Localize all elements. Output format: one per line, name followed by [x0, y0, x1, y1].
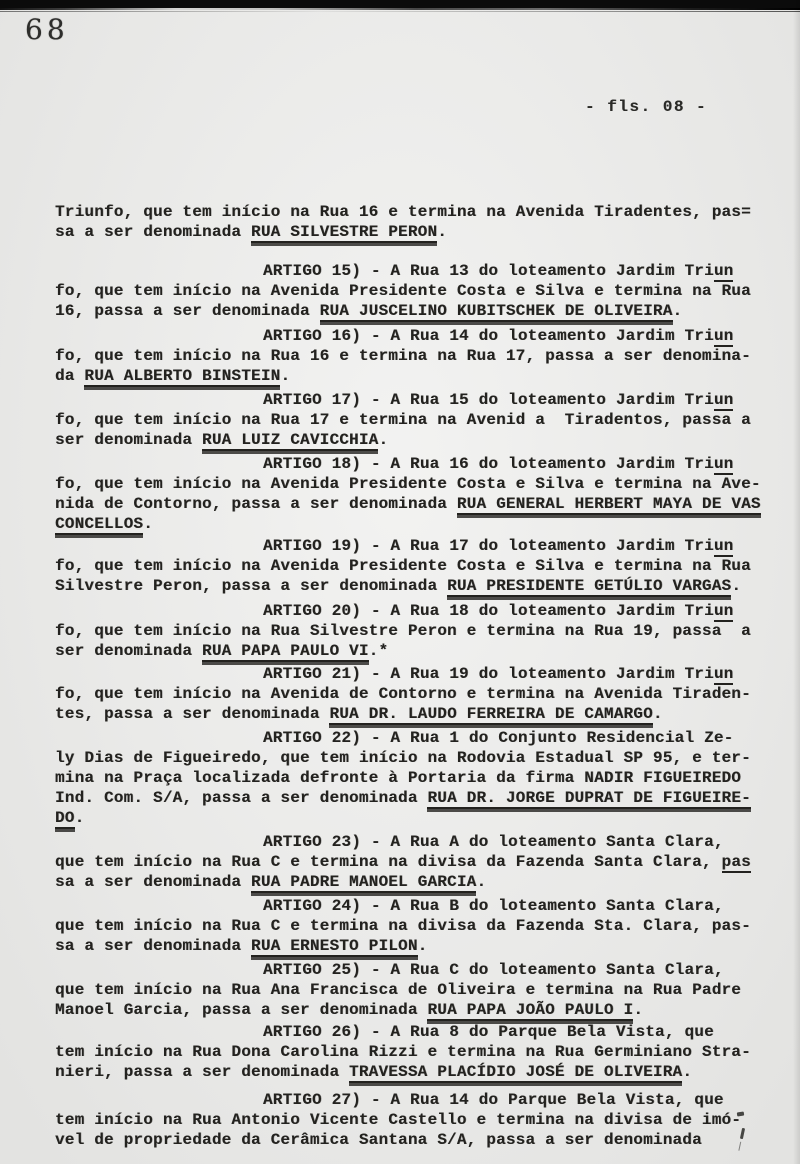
text-run: vel de propriedade da Cerâmica Santana S… — [55, 1131, 702, 1149]
text-run: tem início na Rua Dona Carolina Rizzi e … — [55, 1043, 751, 1061]
street-name-underlined: RUA PAPA JOÃO PAULO I — [427, 1001, 633, 1021]
text-run: mina na Praça localizada defronte à Port… — [55, 769, 741, 787]
paragraph: ARTIGO 17) - A Rua 15 do loteamento Jard… — [55, 391, 771, 451]
text-line: ARTIGO 27) - A Rua 14 do Parque Bela Vis… — [55, 1091, 771, 1111]
text-line: mina na Praça localizada defronte à Port… — [55, 769, 771, 789]
text-line: ARTIGO 17) - A Rua 15 do loteamento Jard… — [55, 391, 771, 411]
text-run: da — [55, 367, 84, 385]
text-run: nieri, passa a ser denominada — [55, 1063, 349, 1081]
text-line: fo, que tem início na Rua 16 e termina n… — [55, 347, 771, 367]
text-run: Ind. Com. S/A, passa a ser denominada — [55, 789, 427, 807]
paragraph: ARTIGO 25) - A Rua C do loteamento Santa… — [55, 961, 771, 1021]
scanned-document-page: 68 - fls. 08 - Triunfo, que tem início n… — [0, 0, 800, 1164]
text-run: . — [673, 302, 683, 320]
paragraph: Triunfo, que tem início na Rua 16 e term… — [55, 203, 771, 243]
paragraph: ARTIGO 26) - A Rua 8 do Parque Bela Vist… — [55, 1023, 771, 1083]
text-line: que tem início na Rua Ana Francisca de O… — [55, 981, 771, 1001]
text-line: ARTIGO 19) - A Rua 17 do loteamento Jard… — [55, 537, 771, 557]
paragraph: ARTIGO 21) - A Rua 19 do loteamento Jard… — [55, 665, 771, 725]
text-run: Manoel Garcia, passa a ser denominada — [55, 1001, 427, 1019]
text-run: que tem início na Rua Ana Francisca de O… — [55, 981, 741, 999]
text-run: . — [653, 705, 663, 723]
text-line: ARTIGO 21) - A Rua 19 do loteamento Jard… — [55, 665, 771, 685]
text-line: ARTIGO 20) - A Rua 18 do loteamento Jard… — [55, 602, 771, 622]
text-run: ARTIGO 25) - A Rua C do loteamento Santa… — [263, 961, 724, 979]
text-line: nida de Contorno, passa a ser denominada… — [55, 495, 771, 515]
text-line: Manoel Garcia, passa a ser denominada RU… — [55, 1001, 771, 1021]
text-line: fo, que tem início na Avenida Presidente… — [55, 557, 771, 577]
text-line: ARTIGO 18) - A Rua 16 do loteamento Jard… — [55, 455, 771, 475]
text-run: . — [418, 937, 428, 955]
text-run: que tem início na Rua C e termina na div… — [55, 917, 751, 935]
text-run: sa a ser denominada — [55, 873, 251, 891]
text-run: ARTIGO 19) - A Rua 17 do loteamento Jard… — [263, 537, 714, 555]
text-line: ly Dias de Figueiredo, que tem início na… — [55, 749, 771, 769]
text-line: sa a ser denominada RUA PADRE MANOEL GAR… — [55, 873, 771, 893]
text-run: . — [476, 873, 486, 891]
text-run: fo, que tem início na Avenida Presidente… — [55, 557, 751, 575]
text-line: da RUA ALBERTO BINSTEIN. — [55, 367, 771, 387]
scan-edge-right-shade — [793, 0, 800, 1164]
text-run: ARTIGO 20) - A Rua 18 do loteamento Jard… — [263, 602, 714, 620]
text-line: tem início na Rua Dona Carolina Rizzi e … — [55, 1043, 771, 1063]
text-line: vel de propriedade da Cerâmica Santana S… — [55, 1131, 771, 1151]
street-name-underlined: RUA DR. JORGE DUPRAT DE FIGUEIRE- — [427, 789, 750, 809]
continuation-mark: pas — [722, 853, 751, 873]
paragraph: ARTIGO 20) - A Rua 18 do loteamento Jard… — [55, 602, 771, 662]
text-run: fo, que tem início na Avenida de Contorn… — [55, 685, 751, 703]
paragraph: ARTIGO 19) - A Rua 17 do loteamento Jard… — [55, 537, 771, 597]
text-line: sa a ser denominada RUA ERNESTO PILON. — [55, 937, 771, 957]
text-run: tes, passa a ser denominada — [55, 705, 329, 723]
text-line: ser denominada RUA PAPA PAULO VI.* — [55, 642, 771, 662]
text-run: ARTIGO 26) - A Rua 8 do Parque Bela Vist… — [263, 1023, 714, 1041]
text-line: DO. — [55, 809, 771, 829]
text-line: ARTIGO 24) - A Rua B do loteamento Santa… — [55, 897, 771, 917]
text-run: fo, que tem início na Rua 17 e termina n… — [55, 411, 751, 429]
text-run: ly Dias de Figueiredo, que tem início na… — [55, 749, 751, 767]
text-run: . — [731, 577, 741, 595]
text-line: fo, que tem início na Avenida Presidente… — [55, 475, 771, 495]
text-line: CONCELLOS. — [55, 515, 771, 535]
text-line: ARTIGO 25) - A Rua C do loteamento Santa… — [55, 961, 771, 981]
text-line: sa a ser denominada RUA SILVESTRE PERON. — [55, 223, 771, 243]
street-name-underlined: RUA ALBERTO BINSTEIN — [84, 367, 280, 387]
text-run: ARTIGO 18) - A Rua 16 do loteamento Jard… — [263, 455, 714, 473]
text-line: ARTIGO 22) - A Rua 1 do Conjunto Residen… — [55, 729, 771, 749]
continuation-mark: un — [714, 391, 734, 411]
text-run: . — [437, 223, 447, 241]
continuation-mark: un — [714, 262, 734, 282]
text-line: ARTIGO 15) - A Rua 13 do loteamento Jard… — [55, 262, 771, 282]
text-line: Ind. Com. S/A, passa a ser denominada RU… — [55, 789, 771, 809]
text-run: ARTIGO 24) - A Rua B do loteamento Santa… — [263, 897, 724, 915]
text-line: ser denominada RUA LUIZ CAVICCHIA. — [55, 431, 771, 451]
text-line: ARTIGO 16) - A Rua 14 do loteamento Jard… — [55, 327, 771, 347]
text-line: fo, que tem início na Rua Silvestre Pero… — [55, 622, 771, 642]
paragraph: ARTIGO 16) - A Rua 14 do loteamento Jard… — [55, 327, 771, 387]
text-run: ser denominada — [55, 642, 202, 660]
text-run: nida de Contorno, passa a ser denominada — [55, 495, 457, 513]
text-line: ARTIGO 26) - A Rua 8 do Parque Bela Vist… — [55, 1023, 771, 1043]
street-name-underlined: DO — [55, 809, 75, 829]
text-run: sa a ser denominada — [55, 223, 251, 241]
text-run: fo, que tem início na Rua Silvestre Pero… — [55, 622, 751, 640]
paragraph: ARTIGO 24) - A Rua B do loteamento Santa… — [55, 897, 771, 957]
text-run: . — [75, 809, 85, 827]
text-run: ser denominada — [55, 431, 202, 449]
text-run: tem início na Rua Antonio Vicente Castel… — [55, 1111, 741, 1129]
text-run: fo, que tem início na Avenida Presidente… — [55, 282, 751, 300]
document-body: Triunfo, que tem início na Rua 16 e term… — [55, 0, 771, 1164]
text-line: tes, passa a ser denominada RUA DR. LAUD… — [55, 705, 771, 725]
text-line: que tem início na Rua C e termina na div… — [55, 853, 771, 873]
text-run: . — [633, 1001, 643, 1019]
text-run: .* — [369, 642, 389, 660]
text-run: . — [280, 367, 290, 385]
street-name-underlined: RUA LUIZ CAVICCHIA — [202, 431, 378, 451]
street-name-underlined: RUA SILVESTRE PERON — [251, 223, 437, 243]
text-run: ARTIGO 17) - A Rua 15 do loteamento Jard… — [263, 391, 714, 409]
text-run: ARTIGO 27) - A Rua 14 do Parque Bela Vis… — [263, 1091, 724, 1109]
street-name-underlined: RUA PADRE MANOEL GARCIA — [251, 873, 476, 893]
paragraph: ARTIGO 18) - A Rua 16 do loteamento Jard… — [55, 455, 771, 535]
text-line: que tem início na Rua C e termina na div… — [55, 917, 771, 937]
street-name-underlined: RUA GENERAL HERBERT MAYA DE VAS — [457, 495, 761, 515]
text-line: nieri, passa a ser denominada TRAVESSA P… — [55, 1063, 771, 1083]
text-line: fo, que tem início na Avenida de Contorn… — [55, 685, 771, 705]
text-run: fo, que tem início na Avenida Presidente… — [55, 475, 761, 493]
paragraph: ARTIGO 27) - A Rua 14 do Parque Bela Vis… — [55, 1091, 771, 1151]
street-name-underlined: RUA ERNESTO PILON — [251, 937, 418, 957]
paragraph: ARTIGO 22) - A Rua 1 do Conjunto Residen… — [55, 729, 771, 829]
text-run: . — [143, 515, 153, 533]
text-run: 16, passa a ser denominada — [55, 302, 320, 320]
continuation-mark: un — [714, 455, 734, 475]
street-name-underlined: RUA DR. LAUDO FERREIRA DE CAMARGO — [329, 705, 652, 725]
text-line: tem início na Rua Antonio Vicente Castel… — [55, 1111, 771, 1131]
continuation-mark: un — [714, 665, 734, 685]
text-run: que tem início na Rua C e termina na div… — [55, 853, 722, 871]
text-run: ARTIGO 21) - A Rua 19 do loteamento Jard… — [263, 665, 714, 683]
text-run: ARTIGO 22) - A Rua 1 do Conjunto Residen… — [263, 729, 733, 747]
text-run: ARTIGO 23) - A Rua A do loteamento Santa… — [263, 833, 724, 851]
text-run: ARTIGO 16) - A Rua 14 do loteamento Jard… — [263, 327, 714, 345]
continuation-mark: un — [714, 537, 734, 557]
text-run: . — [378, 431, 388, 449]
text-run: . — [682, 1063, 692, 1081]
text-line: fo, que tem início na Rua 17 e termina n… — [55, 411, 771, 431]
street-name-underlined: RUA PAPA PAULO VI — [202, 642, 369, 662]
street-name-underlined: TRAVESSA PLACÍDIO JOSÉ DE OLIVEIRA — [349, 1063, 682, 1083]
text-line: Triunfo, que tem início na Rua 16 e term… — [55, 203, 771, 223]
text-run: sa a ser denominada — [55, 937, 251, 955]
text-line: ARTIGO 23) - A Rua A do loteamento Santa… — [55, 833, 771, 853]
street-name-underlined: RUA JUSCELINO KUBITSCHEK DE OLIVEIRA — [320, 302, 673, 322]
continuation-mark: un — [714, 327, 734, 347]
street-name-underlined: CONCELLOS — [55, 515, 143, 535]
text-line: fo, que tem início na Avenida Presidente… — [55, 282, 771, 302]
text-line: 16, passa a ser denominada RUA JUSCELINO… — [55, 302, 771, 322]
text-run: fo, que tem início na Rua 16 e termina n… — [55, 347, 751, 365]
paragraph: ARTIGO 15) - A Rua 13 do loteamento Jard… — [55, 262, 771, 322]
text-line: Silvestre Peron, passa a ser denominada … — [55, 577, 771, 597]
text-run: Silvestre Peron, passa a ser denominada — [55, 577, 447, 595]
text-run: ARTIGO 15) - A Rua 13 do loteamento Jard… — [263, 262, 714, 280]
text-run: Triunfo, que tem início na Rua 16 e term… — [55, 203, 751, 221]
continuation-mark: un — [714, 602, 734, 622]
paragraph: ARTIGO 23) - A Rua A do loteamento Santa… — [55, 833, 771, 893]
street-name-underlined: RUA PRESIDENTE GETÚLIO VARGAS — [447, 577, 731, 597]
